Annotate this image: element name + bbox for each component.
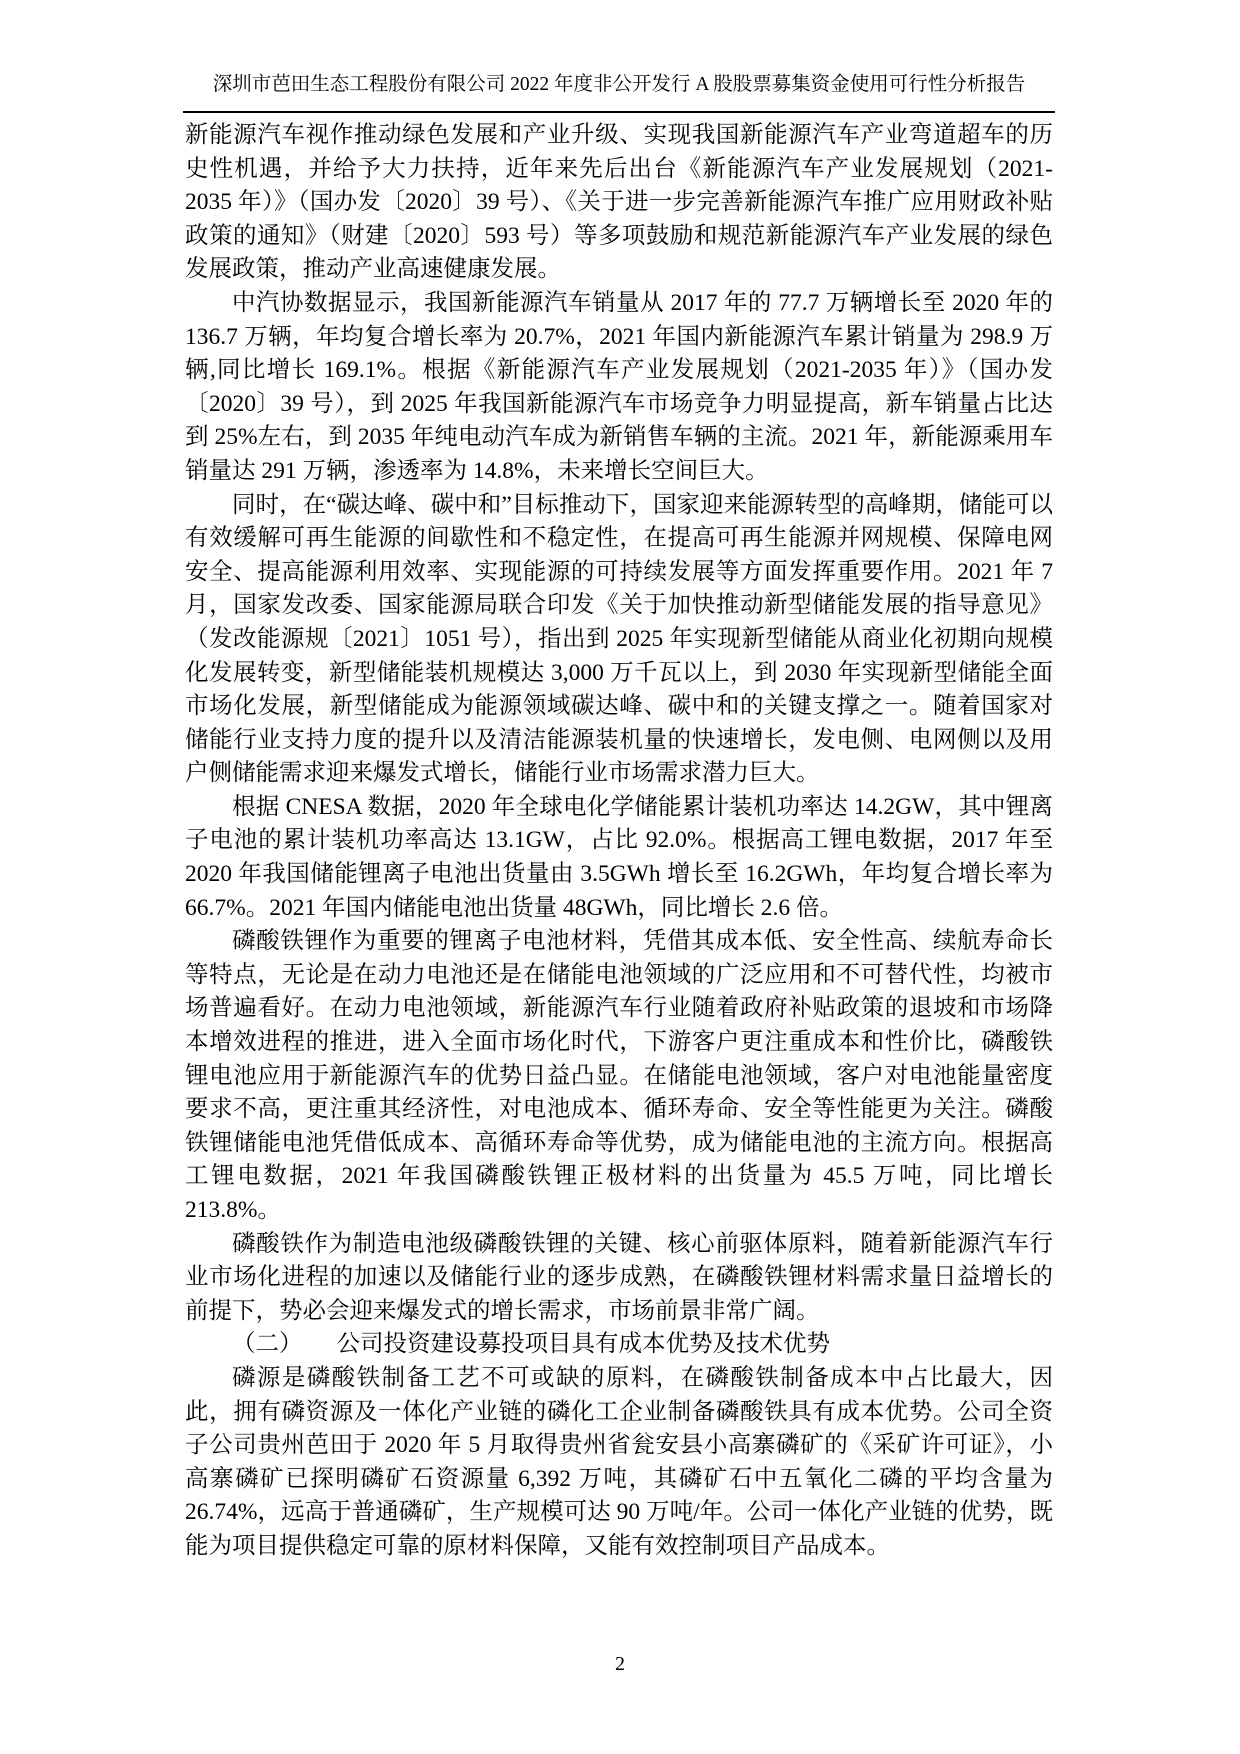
section-heading-text: 公司投资建设募投项目具有成本优势及技术优势	[337, 1331, 831, 1357]
paragraph: 根据 CNESA 数据，2020 年全球电化学储能累计装机功率达 14.2GW，…	[185, 791, 1053, 925]
page-header-title: 深圳市芭田生态工程股份有限公司 2022 年度非公开发行 A 股股票募集资金使用…	[185, 72, 1053, 98]
paragraph: 新能源汽车视作推动绿色发展和产业升级、实现我国新能源汽车产业弯道超车的历史性机遇…	[185, 119, 1053, 287]
paragraph: 同时，在“碳达峰、碳中和”目标推动下，国家迎来能源转型的高峰期，储能可以有效缓解…	[185, 489, 1053, 791]
section-heading-label: （二）	[232, 1331, 303, 1357]
paragraph: 中汽协数据显示，我国新能源汽车销量从 2017 年的 77.7 万辆增长至 20…	[185, 287, 1053, 489]
document-page: 深圳市芭田生态工程股份有限公司 2022 年度非公开发行 A 股股票募集资金使用…	[0, 0, 1240, 1754]
page-number: 2	[0, 1650, 1240, 1678]
paragraph: 磷酸铁作为制造电池级磷酸铁锂的关键、核心前驱体原料，随着新能源汽车行业市场化进程…	[185, 1228, 1053, 1329]
section-heading: （二）公司投资建设募投项目具有成本优势及技术优势	[185, 1328, 1053, 1362]
header-rule	[183, 111, 1055, 113]
paragraph: 磷源是磷酸铁制备工艺不可或缺的原料，在磷酸铁制备成本中占比最大，因此，拥有磷资源…	[185, 1362, 1053, 1564]
document-body: 新能源汽车视作推动绿色发展和产业升级、实现我国新能源汽车产业弯道超车的历史性机遇…	[185, 119, 1053, 1564]
paragraph: 磷酸铁锂作为重要的锂离子电池材料，凭借其成本低、安全性高、续航寿命长等特点，无论…	[185, 925, 1053, 1227]
